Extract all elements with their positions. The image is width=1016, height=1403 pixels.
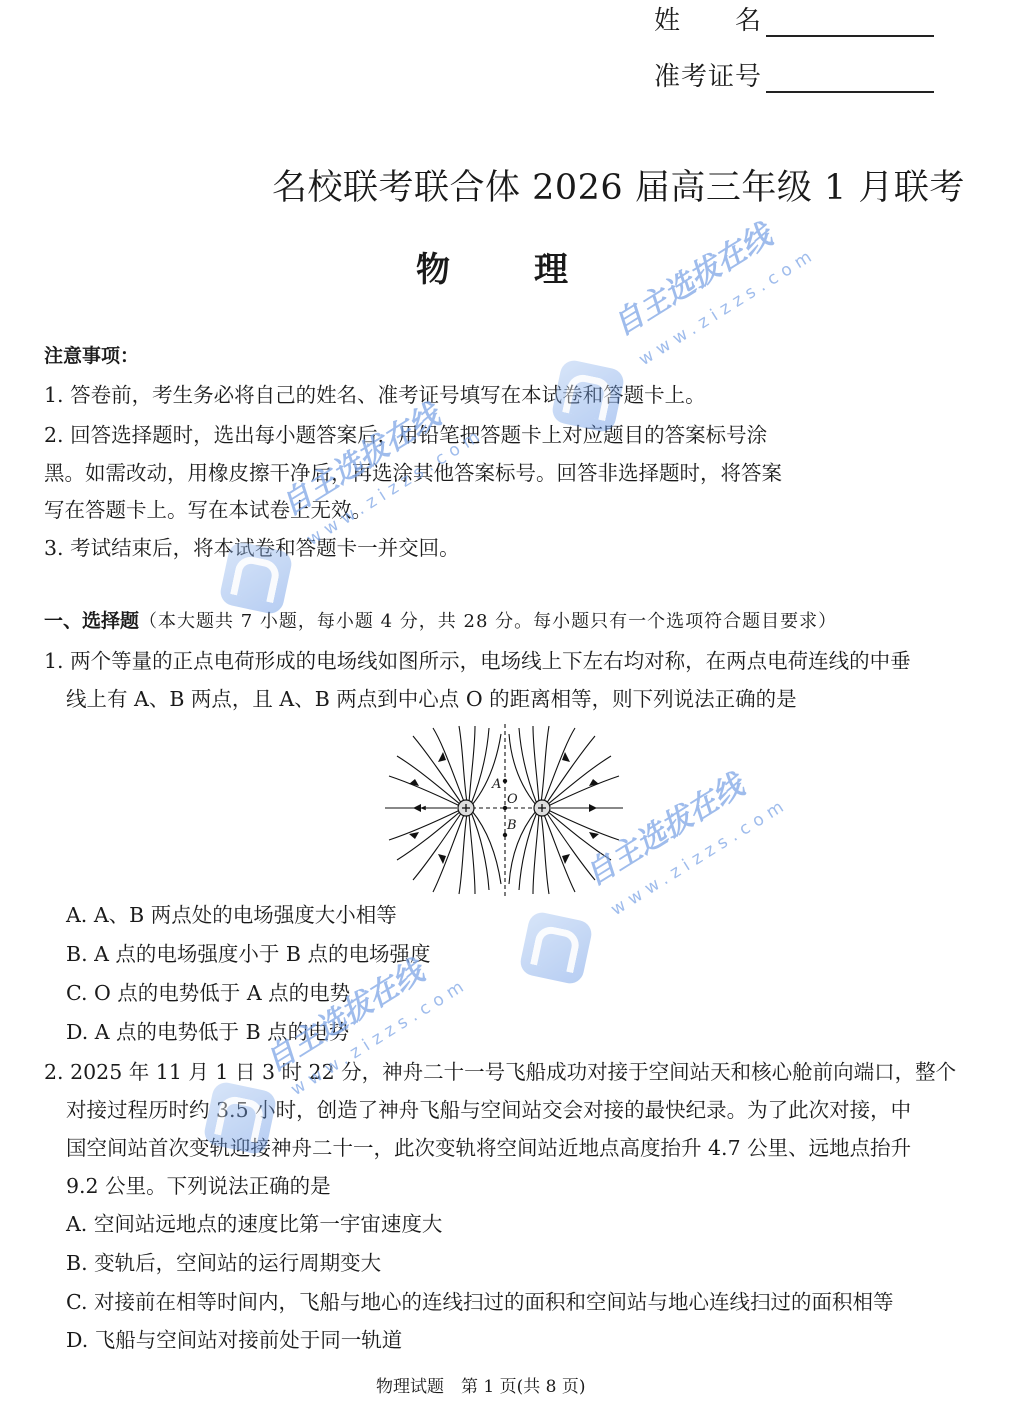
exam-id-blank-line xyxy=(766,61,934,93)
q2-option-d: D. 飞船与空间站对接前处于同一轨道 xyxy=(66,1330,402,1351)
q2-option-c: C. 对接前在相等时间内，飞船与地心的连线扫过的面积和空间站与地心连线扫过的面积… xyxy=(66,1292,894,1313)
notice-line-2: 2. 回答选择题时，选出每小题答案后，用铅笔把答题卡上对应题目的答案标号涂 xyxy=(44,425,767,446)
section-note: （本大题共 7 小题，每小题 4 分，共 28 分。每小题只有一个选项符合题目要… xyxy=(139,611,837,632)
section-heading: 一、选择题（本大题共 7 小题，每小题 4 分，共 28 分。每小题只有一个选项… xyxy=(44,610,837,631)
subject-char-1: 物 xyxy=(416,242,450,291)
watermark-logo-icon xyxy=(518,910,594,986)
notice-heading: 注意事项： xyxy=(44,347,139,366)
subject-title: 物理 xyxy=(416,242,568,291)
field-lines-diagram xyxy=(383,724,639,896)
exam-title: 名校联考联合体 2026 届高三年级 1 月联考 xyxy=(272,160,965,210)
point-b-label: B xyxy=(507,818,517,833)
section-title: 一、选择题 xyxy=(44,610,139,632)
name-blank-line xyxy=(766,5,934,37)
exam-id-label: 准考证号 xyxy=(654,62,762,92)
q1-option-c: C. O 点的电势低于 A 点的电势 xyxy=(66,983,350,1004)
electric-field-figure: A O B xyxy=(383,724,639,896)
point-a-label: A xyxy=(492,777,501,792)
watermark-text: 自主选拔在线 xyxy=(603,211,779,344)
q2-stem-line-1: 2. 2025 年 11 月 1 日 3 时 22 分，神舟二十一号飞船成功对接… xyxy=(44,1062,956,1083)
page-footer: 物理试题 第 1 页(共 8 页) xyxy=(376,1372,586,1397)
notice-line-5: 3. 考试结束后，将本试卷和答题卡一并交回。 xyxy=(44,538,460,559)
notice-line-4: 写在答题卡上。写在本试卷上无效。 xyxy=(44,500,372,521)
exam-id-field: 准考证号 xyxy=(654,56,934,93)
q2-option-a: A. 空间站远地点的速度比第一宇宙速度大 xyxy=(66,1214,442,1235)
watermark-url: www.zizzs.com xyxy=(635,244,820,370)
q1-option-a: A. A、B 两点处的电场强度大小相等 xyxy=(66,905,397,926)
q2-option-b: B. 变轨后，空间站的运行周期变大 xyxy=(66,1253,381,1274)
q2-stem-line-3: 国空间站首次变轨迎接神舟二十一，此次变轨将空间站近地点高度抬升 4.7 公里、远… xyxy=(66,1138,911,1159)
notice-line-3: 黑。如需改动，用橡皮擦干净后，再选涂其他答案标号。回答非选择题时，将答案 xyxy=(44,463,782,484)
name-label: 姓 名 xyxy=(654,6,762,36)
q1-stem-line-1: 1. 两个等量的正点电荷形成的电场线如图所示，电场线上下左右均对称，在两点电荷连… xyxy=(44,651,911,672)
name-field: 姓 名 xyxy=(654,0,934,37)
subject-char-2: 理 xyxy=(534,242,568,291)
q2-stem-line-2: 对接过程历时约 3.5 小时，创造了神舟飞船与空间站交会对接的最快纪录。为了此次… xyxy=(66,1100,911,1121)
q1-stem-line-2: 线上有 A、B 两点，且 A、B 两点到中心点 O 的距离相等，则下列说法正确的… xyxy=(66,689,797,710)
notice-line-1: 1. 答卷前，考生务必将自己的姓名、准考证号填写在本试卷和答题卡上。 xyxy=(44,385,706,406)
point-o-label: O xyxy=(507,792,518,807)
q1-option-b: B. A 点的电场强度小于 B 点的电场强度 xyxy=(66,944,431,965)
q2-stem-line-4: 9.2 公里。下列说法正确的是 xyxy=(66,1176,331,1197)
q1-option-d: D. A 点的电势低于 B 点的电势 xyxy=(66,1022,349,1043)
